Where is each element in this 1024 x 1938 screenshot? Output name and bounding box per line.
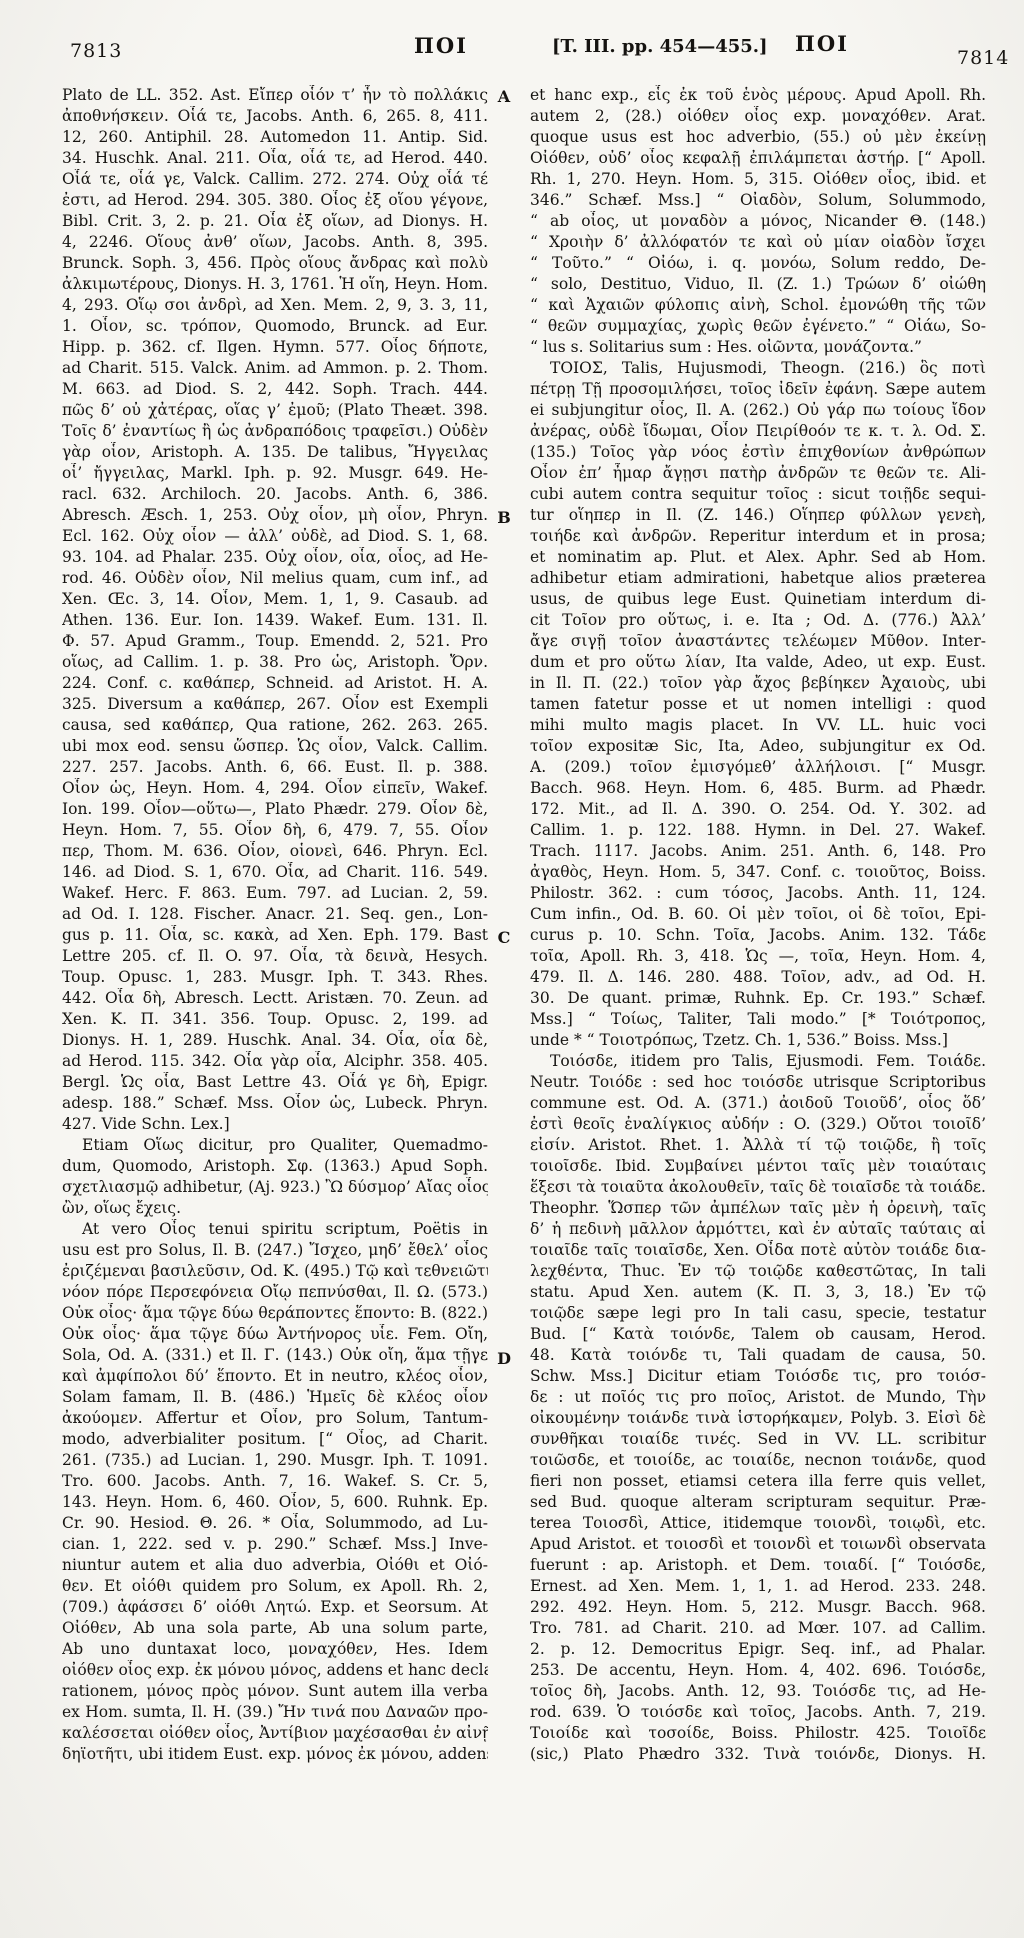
text-line: Bud. [“ Κατὰ τοιόνδε, Talem ob causam, H… <box>530 1324 986 1345</box>
text-line: Callim. 1. p. 122. 188. Hymn. in Del. 27… <box>530 820 986 841</box>
text-line: dum, Quomodo, Aristoph. Σφ. (1363.) Apud… <box>62 1156 488 1177</box>
scanned-page: 7813 ΠΟΙ [T. III. pp. 454—455.] ΠΟΙ 7814… <box>0 0 1024 1938</box>
text-line: Apud Aristot. et τοιοσδὶ et τοιονδὶ et τ… <box>530 1534 986 1555</box>
text-line: τοῖος δὴ, Jacobs. Anth. 12, 93. Τοιόσδε … <box>530 1681 986 1702</box>
text-line: Plato de LL. 352. Ast. Εἴπερ οἷόν τ’ ἦν … <box>62 85 488 106</box>
text-line: Abresch. Æsch. 1, 253. Οὐχ οἷον, μὴ οἷον… <box>62 505 488 526</box>
text-line: 227. 257. Jacobs. Anth. 6, 66. Eust. Il.… <box>62 757 488 778</box>
text-line: Heyn. Hom. 7, 55. Οἷον δὴ, 6, 479. 7, 55… <box>62 820 488 841</box>
text-line: ἀγαθὸς, Heyn. Hom. 5, 347. Conf. c. τοιο… <box>530 862 986 883</box>
text-line: dum et pro οὕτω λίαν, Ita valde, Adeo, u… <box>530 652 986 673</box>
text-line: causa, sed καθάπερ, Qua ratione, 262. 26… <box>62 715 488 736</box>
text-line: ἀποθνήσκειν. Οἷά τε, Jacobs. Anth. 6, 26… <box>62 106 488 127</box>
running-head-right: ΠΟΙ <box>795 31 849 56</box>
text-line: Cr. 90. Hesiod. Θ. 26. * Οἶα, Solummodo,… <box>62 1513 488 1534</box>
text-line: 34. Huschk. Anal. 211. Οἷα, οἷά τε, ad H… <box>62 148 488 169</box>
text-line: συνθῆκαι τοιαίδε τινές. Sed in VV. LL. s… <box>530 1429 986 1450</box>
text-line: 224. Conf. c. καθάπερ, Schneid. ad Arist… <box>62 673 488 694</box>
text-line: ἐστὶ θεοῖς ἐναλίγκιος αὐδήν : O. (329.) … <box>530 1114 986 1135</box>
text-line: et nominatim ap. Plut. et Alex. Aphr. Se… <box>530 547 986 568</box>
text-line: οἰκουμένην τοιάνδε τινὰ ἱστορήκαμεν, Pol… <box>530 1408 986 1429</box>
text-line: 1. Οἷον, sc. τρόπον, Quomodo, Brunck. ad… <box>62 316 488 337</box>
text-line: Wakef. Herc. F. 863. Eum. 797. ad Lucian… <box>62 883 488 904</box>
text-line: 292. 492. Heyn. Hom. 5, 212. Musgr. Bacc… <box>530 1597 986 1618</box>
text-line: 4, 2246. Οἵους ἀνθ’ οἵων, Jacobs. Anth. … <box>62 232 488 253</box>
text-line: ἀλκιμωτέρους, Dionys. H. 3, 1761. Ἡ οἵη,… <box>62 274 488 295</box>
text-line: Neutr. Τοιόδε : sed hoc τοιόσδε utrisque… <box>530 1072 986 1093</box>
text-line: et hanc exp., εἷς ἐκ τοῦ ἑνὸς μέρους. Ap… <box>530 85 986 106</box>
text-line: “ solo, Destituo, Viduo, Il. (Z. 1.) Τρώ… <box>530 274 986 295</box>
text-line: πῶς δ’ οὐ χἀτέρας, οἵας γ’ ἐμοῦ; (Plato … <box>62 400 488 421</box>
text-line: commune est. Od. A. (371.) ἀοιδοῦ Τοιοῦδ… <box>530 1093 986 1114</box>
text-line: statu. Apud Xen. autem (Κ. Π. 3, 3, 18.)… <box>530 1282 986 1303</box>
margin-letter-a: A <box>494 87 514 106</box>
text-line: 172. Mit., ad Il. Δ. 390. O. 254. Od. Υ.… <box>530 799 986 820</box>
text-line: unde * “ Τοιοτρόπως, Tzetz. Ch. 1, 536.”… <box>530 1030 986 1051</box>
text-line: ubi mox eod. sensu ὥσπερ. Ὡς οἷον, Valck… <box>62 736 488 757</box>
margin-letter-b: B <box>494 508 514 527</box>
text-line: in Il. Π. (22.) τοῖον γὰρ ἄχος βεβίηκεν … <box>530 673 986 694</box>
text-line: Rh. 1, 270. Heyn. Hom. 5, 315. Οἰόθεν οἶ… <box>530 169 986 190</box>
text-line: 93. 104. ad Phalar. 235. Οὐχ οἷον, οἷα, … <box>62 547 488 568</box>
text-line: γὰρ οἷον, Aristoph. Α. 135. De talibus, … <box>62 442 488 463</box>
text-line: tur οἵηπερ in Il. (Z. 146.) Οἵηπερ φύλλω… <box>530 505 986 526</box>
text-line: ad Od. I. 128. Fischer. Anacr. 21. Seq. … <box>62 904 488 925</box>
text-line: οἷ’ ἤγγειλας, Markl. Iph. p. 92. Musgr. … <box>62 463 488 484</box>
text-line: καλέσσεται οἰόθεν οἶος, Ἀντίβιον μαχέσασ… <box>62 1723 488 1744</box>
text-line: Schw. Mss.] Dicitur etiam Τοιόσδε τις, p… <box>530 1366 986 1387</box>
text-line: At vero Οἶος tenui spiritu scriptum, Poë… <box>62 1219 488 1240</box>
text-line: Cum infin., Od. B. 60. Οἱ μὲν τοῖοι, οἱ … <box>530 904 986 925</box>
text-line: rationem, μόνος πρὸς μόνον. Sunt autem i… <box>62 1681 488 1702</box>
left-column: Plato de LL. 352. Ast. Εἴπερ οἷόν τ’ ἦν … <box>62 85 488 1765</box>
text-line: 253. De accentu, Heyn. Hom. 4, 402. 696.… <box>530 1660 986 1681</box>
text-line: Mss.] “ Τοίως, Taliter, Tali modo.” [* Τ… <box>530 1009 986 1030</box>
text-line: 261. (735.) ad Lucian. 1, 290. Musgr. Ip… <box>62 1450 488 1471</box>
text-line: Ernest. ad Xen. Mem. 1, 1, 1. ad Herod. … <box>530 1576 986 1597</box>
text-line: ex Hom. sumta, Il. H. (39.) Ἤν τινά που … <box>62 1702 488 1723</box>
text-line: racl. 632. Archiloch. 20. Jacobs. Anth. … <box>62 484 488 505</box>
text-line: Οἰόθεν, Ab una sola parte, Ab una solum … <box>62 1618 488 1639</box>
text-line: Bibl. Crit. 3, 2. p. 21. Οἷα ἐξ οἵων, ad… <box>62 211 488 232</box>
text-line: Sola, Od. A. (331.) et Il. Γ. (143.) Οὐκ… <box>62 1345 488 1366</box>
text-line: τοιῶσδε, et τοιοίδε, ac τοιαίδε, necnon … <box>530 1450 986 1471</box>
text-line: τοιαῖδε ταῖς τοιαῖσδε, Xen. Οἶδα ποτὲ αὐ… <box>530 1240 986 1261</box>
text-line: cit Τοῖον pro οὕτως, i. e. Ita ; Od. Δ. … <box>530 610 986 631</box>
text-line: autem 2, (28.) οἰόθεν οἶος exp. μοναχόθε… <box>530 106 986 127</box>
text-line: 442. Οἷα δὴ, Abresch. Lectt. Aristæn. 70… <box>62 988 488 1009</box>
text-line: Φ. 57. Apud Gramm., Toup. Emendd. 2, 521… <box>62 631 488 652</box>
right-column: et hanc exp., εἷς ἐκ τοῦ ἑνὸς μέρους. Ap… <box>530 85 986 1765</box>
text-line: (709.) ἀφάσσει δ’ οἰόθι Λητώ. Exp. et Se… <box>62 1597 488 1618</box>
text-line: Tro. 781. ad Charit. 210. ad Mœr. 107. a… <box>530 1618 986 1639</box>
text-line: Οὐκ οἶος· ἅμα τῷγε δύω Ἀντήνορος υἷε. Fe… <box>62 1324 488 1345</box>
text-line: tamen fatetur posse et ut nomen intellig… <box>530 694 986 715</box>
text-line: Xen. Κ. Π. 341. 356. Toup. Opusc. 2, 199… <box>62 1009 488 1030</box>
text-line: Οἷον ἐπ’ ἦμαρ ἄγῃσι πατὴρ ἀνδρῶν τε θεῶν… <box>530 463 986 484</box>
text-line: cubi autem contra sequitur τοῖος : sicut… <box>530 484 986 505</box>
text-line: ἐριζέμεναι βασιλεῦσιν, Od. K. (495.) Τῷ … <box>62 1261 488 1282</box>
text-line: δ’ ἡ πεδινὴ μᾶλλον ἁρμόττει, καὶ ἐν αὐτα… <box>530 1219 986 1240</box>
text-line: Hipp. p. 362. cf. Ilgen. Hymn. 577. Οἷος… <box>62 337 488 358</box>
text-line: Etiam Οἵως dicitur, pro Qualiter, Quemad… <box>62 1135 488 1156</box>
text-line: Lettre 205. cf. Il. O. 97. Οἷα, τὰ δεινὰ… <box>62 946 488 967</box>
text-line: Ecl. 162. Οὐχ οἷον — ἀλλ’ οὐδὲ, ad Diod.… <box>62 526 488 547</box>
text-line: δε : ut ποῖός τις pro ποῖος, Aristot. de… <box>530 1387 986 1408</box>
text-line: Tro. 600. Jacobs. Anth. 7, 16. Wakef. S.… <box>62 1471 488 1492</box>
text-line: “ Χροιὴν δ’ ἀλλόφατόν τε καὶ οὐ μίαν οἰα… <box>530 232 986 253</box>
text-line: τοιοῖσδε. Ibid. Συμβαίνει μέντοι ταῖς μὲ… <box>530 1156 986 1177</box>
text-line: “ καὶ Ἀχαιῶν φύλοπις αἰνὴ, Schol. ἐμονώθ… <box>530 295 986 316</box>
text-line: curus p. 10. Schn. Τοῖα, Jacobs. Anim. 1… <box>530 925 986 946</box>
running-head-left: ΠΟΙ <box>414 33 468 58</box>
text-line: Dionys. H. 1, 289. Huschk. Anal. 34. Οἷα… <box>62 1030 488 1051</box>
page-number-left: 7813 <box>70 40 122 62</box>
text-line: 146. ad Diod. S. 1, 670. Οἷα, ad Charit.… <box>62 862 488 883</box>
text-line: 30. De quant. primæ, Ruhnk. Ep. Cr. 193.… <box>530 988 986 1009</box>
text-line: Τοιοίδε καὶ τοσοίδε, Boiss. Philostr. 42… <box>530 1723 986 1744</box>
text-line: τοιῷδε sæpe legi pro In tali casu, speci… <box>530 1303 986 1324</box>
text-line: ἄγε σιγῇ τοῖον ἀναστάντες τελέωμεν Μῦθον… <box>530 631 986 652</box>
text-line: adesp. 188.” Schæf. Mss. Οἷον ὡς, Lubeck… <box>62 1093 488 1114</box>
text-line: Xen. Œc. 3, 14. Οἷον, Mem. 1, 1, 9. Casa… <box>62 589 488 610</box>
text-line: Οὐκ οἶος· ἅμα τῷγε δύω θεράποντες ἕποντο… <box>62 1303 488 1324</box>
running-head-center: [T. III. pp. 454—455.] <box>552 36 768 57</box>
text-line: Toup. Opusc. 1, 283. Musgr. Iph. T. 343.… <box>62 967 488 988</box>
text-line: οἰόθεν οἶος exp. ἐκ μόνου μόνος, addens … <box>62 1660 488 1681</box>
text-line: Brunck. Soph. 3, 456. Πρὸς οἵους ἄνδρας … <box>62 253 488 274</box>
text-line: Bergl. Ὡς οἷα, Bast Lettre 43. Οἷά γε δὴ… <box>62 1072 488 1093</box>
text-line: ἀκούομεν. Affertur et Οἶον, pro Solum, T… <box>62 1408 488 1429</box>
text-line: ΤΟΙΟΣ, Talis, Hujusmodi, Theogn. (216.) … <box>530 358 986 379</box>
text-line: 346.” Schæf. Mss.] “ Οἰαδὸν, Solum, Solu… <box>530 190 986 211</box>
text-line: πέτρῃ Τῇ προσομιλήσει, τοῖος ἰδεῖν ἐφάνη… <box>530 379 986 400</box>
text-line: (135.) Τοῖος γὰρ νόος ἐστὶν ἐπιχθονίων ἀ… <box>530 442 986 463</box>
text-line: ὢν, οἵως ἔχεις. <box>62 1198 488 1219</box>
text-line: τοιήδε καὶ ἀνδρῶν. Reperitur interdum et… <box>530 526 986 547</box>
text-line: M. 663. ad Diod. S. 2, 442. Soph. Trach.… <box>62 379 488 400</box>
text-line: ad Herod. 115. 342. Οἷα γὰρ οἷα, Alciphr… <box>62 1051 488 1072</box>
text-line: περ, Thom. M. 636. Οἷον, οἱονεὶ, 646. Ph… <box>62 841 488 862</box>
text-line: A. (209.) τοῖον ἐμισγόμεθ’ ἀλλήλοισι. [“… <box>530 757 986 778</box>
text-line: Τοῖς δ’ ἐναντίως ἢ ὡς ἀνδραπόδοις τραφεῖ… <box>62 421 488 442</box>
text-line: τοῖον expositæ Sic, Ita, Adeo, subjungit… <box>530 736 986 757</box>
text-line: ei subjungitur οἷος, Il. A. (262.) Οὐ γά… <box>530 400 986 421</box>
text-line: (sic,) Plato Phædro 332. Τινὰ τοιόνδε, D… <box>530 1744 986 1765</box>
text-line: 12, 260. Antiphil. 28. Automedon 11. Ant… <box>62 127 488 148</box>
text-line: “ ab οἶος, ut μοναδὸν a μόνος, Nicander … <box>530 211 986 232</box>
text-line: ἐστι, ad Herod. 294. 305. 380. Οἷος ἐξ ο… <box>62 190 488 211</box>
text-line: Philostr. 362. : cum τόσος, Jacobs. Anth… <box>530 883 986 904</box>
text-line: Οἰόθεν, οὐδ’ οἶος κεφαλῇ ἐπιλάμπεται ἀστ… <box>530 148 986 169</box>
text-line: sed Bud. quoque alteram scripturam sequi… <box>530 1492 986 1513</box>
text-line: ἕξεσι τὰ τοιαῦτα ἀκολουθεῖν, ταῖς δὲ τοι… <box>530 1177 986 1198</box>
text-line: τοῖα, Apoll. Rh. 3, 418. Ὡς —, τοῖα, Hey… <box>530 946 986 967</box>
text-line: “ Τοῦτο.” “ Οἰόω, i. q. μονόω, Solum red… <box>530 253 986 274</box>
text-line: “ lus s. Solitarius sum : Hes. οἰῶντα, μ… <box>530 337 986 358</box>
text-line: fieri non posset, etiamsi cetera illa fe… <box>530 1471 986 1492</box>
text-line: Ab uno duntaxat loco, μοναχόθεν, Hes. Id… <box>62 1639 488 1660</box>
text-line: terea Τοιοσδὶ, Attice, itidemque τοιονδὶ… <box>530 1513 986 1534</box>
text-line: 325. Diversum a καθάπερ, 267. Οἷον est E… <box>62 694 488 715</box>
text-line: 48. Κατὰ τοιόνδε τι, Tali quadam de caus… <box>530 1345 986 1366</box>
margin-letter-c: C <box>494 928 514 947</box>
text-line: modo, adverbialiter positum. [“ Οἶος, ad… <box>62 1429 488 1450</box>
text-line: εἰσίν. Aristot. Rhet. 1. Ἀλλὰ τί τῷ τοιῷ… <box>530 1135 986 1156</box>
text-line: 4, 293. Οἵῳ σοι ἀνδρὶ, ad Xen. Mem. 2, 9… <box>62 295 488 316</box>
text-line: ad Charit. 515. Valck. Anim. ad Ammon. p… <box>62 358 488 379</box>
text-line: rod. 639. Ὁ τοιόσδε καὶ τοῖος, Jacobs. A… <box>530 1702 986 1723</box>
text-line: Οἷον ὡς, Heyn. Hom. 4, 294. Οἷον εἰπεῖν,… <box>62 778 488 799</box>
text-line: adhibetur etiam admirationi, habetque al… <box>530 568 986 589</box>
text-line: δηϊοτῆτι, ubi itidem Eust. exp. μόνος ἐκ… <box>62 1744 488 1765</box>
page-number-right: 7814 <box>957 47 1009 69</box>
text-line: Ion. 199. Οἷον—οὕτω—, Plato Phædr. 279. … <box>62 799 488 820</box>
text-line: 2. p. 12. Democritus Epigr. Seq. inf., a… <box>530 1639 986 1660</box>
text-line: fuerunt : ap. Aristoph. et Dem. τοιαδί. … <box>530 1555 986 1576</box>
text-line: Bacch. 968. Heyn. Hom. 6, 485. Burm. ad … <box>530 778 986 799</box>
text-line: gus p. 11. Οἷα, sc. κακὰ, ad Xen. Eph. 1… <box>62 925 488 946</box>
text-line: rod. 46. Οὐδὲν οἷον, Nil melius quam, cu… <box>62 568 488 589</box>
text-line: 143. Heyn. Hom. 6, 460. Οἶον, 5, 600. Ru… <box>62 1492 488 1513</box>
text-line: οἵως, ad Callim. 1. p. 38. Pro ὡς, Arist… <box>62 652 488 673</box>
text-line: 427. Vide Schn. Lex.] <box>62 1114 488 1135</box>
margin-letter-d: D <box>494 1349 514 1368</box>
text-line: usu est pro Solus, Il. B. (247.) Ἴσχεο, … <box>62 1240 488 1261</box>
text-line: usus, de quibus lege Eust. Quinetiam int… <box>530 589 986 610</box>
text-line: Theophr. Ὥσπερ τῶν ἀμπέλων ταῖς μὲν ἡ ὀρ… <box>530 1198 986 1219</box>
text-line: Solam famam, Il. B. (486.) Ἡμεῖς δὲ κλέο… <box>62 1387 488 1408</box>
text-line: λεχθέντα, Thuc. Ἐν τῷ τοιῷδε καθεστῶτας,… <box>530 1261 986 1282</box>
text-line: Τοιόσδε, itidem pro Talis, Ejusmodi. Fem… <box>530 1051 986 1072</box>
text-line: Trach. 1117. Jacobs. Anim. 251. Anth. 6,… <box>530 841 986 862</box>
text-line: 479. Il. Δ. 146. 280. 488. Τοῖον, adv., … <box>530 967 986 988</box>
text-line: quoque usus est hoc adverbio, (55.) οὐ μ… <box>530 127 986 148</box>
text-line: καὶ ἀμφίπολοι δύ’ ἕποντο. Et in neutro, … <box>62 1366 488 1387</box>
text-line: cian. 1, 222. sed v. p. 290.” Schæf. Mss… <box>62 1534 488 1555</box>
text-line: niuntur autem et alia duo adverbia, Οἰόθ… <box>62 1555 488 1576</box>
text-line: θεν. Et οἰόθι quidem pro Solum, ex Apoll… <box>62 1576 488 1597</box>
text-line: mihi multo magis placet. In VV. LL. huic… <box>530 715 986 736</box>
text-line: “ θεῶν συμμαχίας, χωρὶς θεῶν ἐγένετο.” “… <box>530 316 986 337</box>
text-line: Athen. 136. Eur. Ion. 1439. Wakef. Eum. … <box>62 610 488 631</box>
text-line: ἀνέρας, οὐδὲ ἴδωμαι, Οἷον Πειρίθοόν τε κ… <box>530 421 986 442</box>
text-line: νόον πόρε Περσεφόνεια Οἴῳ πεπνύσθαι, Il.… <box>62 1282 488 1303</box>
text-line: Οἷά τε, οἷά γε, Valck. Callim. 272. 274.… <box>62 169 488 190</box>
text-line: σχετλιασμῷ adhibetur, (Aj. 923.) Ὢ δύσμο… <box>62 1177 488 1198</box>
